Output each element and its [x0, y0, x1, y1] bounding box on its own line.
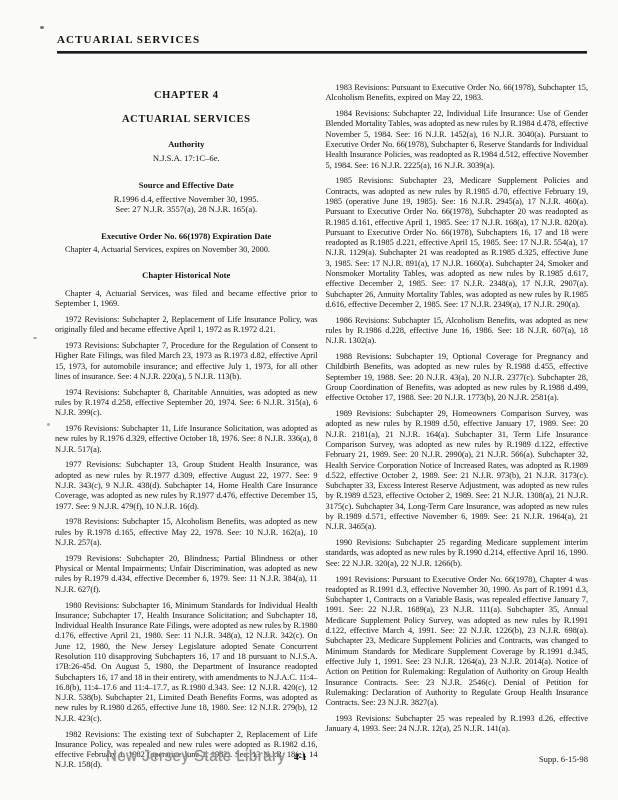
- source-line-1: R.1996 d.4, effective November 30, 1995.: [55, 194, 318, 205]
- library-stamp: New Jersey State Library: [106, 748, 286, 766]
- historical-note-paragraph: 1985 Revisions: Subchapter 23, Medicare …: [326, 176, 589, 310]
- right-column: 1983 Revisions: Pursuant to Executive Or…: [326, 80, 589, 776]
- historical-note-left-paragraphs: Chapter 4, Actuarial Services, was filed…: [55, 289, 318, 771]
- chapter-title: ACTUARIAL SERVICES: [55, 114, 318, 125]
- historical-note-paragraph: 1993 Revisions: Subchapter 25 was repeal…: [326, 714, 589, 735]
- document-page: ACTUARIAL SERVICES CHAPTER 4 ACTUARIAL S…: [0, 0, 618, 800]
- running-header-title: ACTUARIAL SERVICES: [57, 34, 200, 46]
- historical-note-paragraph: 1986 Revisions: Subchapter 15, Alcoholis…: [326, 316, 589, 347]
- source-heading: Source and Effective Date: [55, 180, 318, 190]
- two-column-body: CHAPTER 4 ACTUARIAL SERVICES Authority N…: [55, 80, 588, 776]
- page-number: 4-1: [294, 753, 307, 763]
- historical-note-paragraph: 1980 Revisions: Subchapter 16, Minimum S…: [55, 601, 318, 725]
- historical-note-paragraph: 1972 Revisions: Subchapter 2, Replacemen…: [55, 315, 318, 336]
- historical-note-paragraph: 1989 Revisions: Subchapter 29, Homeowner…: [326, 409, 589, 533]
- executive-order-heading: Executive Order No. 66(1978) Expiration …: [55, 231, 318, 241]
- page-footer: New Jersey State Library 4-1 Supp. 6-15-…: [0, 746, 618, 776]
- historical-note-paragraph: 1983 Revisions: Pursuant to Executive Or…: [326, 83, 589, 104]
- historical-note-right-paragraphs: 1983 Revisions: Pursuant to Executive Or…: [326, 83, 589, 735]
- historical-note-paragraph: 1990 Revisions: Subchapter 25 regarding …: [326, 538, 589, 569]
- source-line-2: See: 27 N.J.R. 3557(a), 28 N.J.R. 165(a)…: [55, 204, 318, 215]
- historical-note-paragraph: 1976 Revisions: Subchapter 11, Life Insu…: [55, 424, 318, 455]
- chapter-number-heading: CHAPTER 4: [55, 90, 318, 101]
- historical-note-paragraph: 1979 Revisions: Subchapter 20, Blindness…: [55, 554, 318, 595]
- supplement-date: Supp. 6-15-98: [539, 754, 588, 764]
- historical-note-paragraph: 1974 Revisions: Subchapter 8, Charitable…: [55, 388, 318, 419]
- scan-artifact: [40, 26, 44, 29]
- running-header: ACTUARIAL SERVICES: [57, 30, 587, 54]
- historical-note-paragraph: 1984 Revisions: Subchapter 22, Individua…: [326, 109, 589, 171]
- scan-artifact: [33, 337, 37, 339]
- historical-note-paragraph: Chapter 4, Actuarial Services, was filed…: [55, 289, 318, 310]
- scan-artifact: [47, 423, 50, 426]
- historical-note-paragraph: 1978 Revisions: Subchapter 15, Alcoholis…: [55, 517, 318, 548]
- authority-heading: Authority: [55, 139, 318, 149]
- left-column: CHAPTER 4 ACTUARIAL SERVICES Authority N…: [55, 80, 318, 776]
- executive-order-text-wrap: Chapter 4, Actuarial Services, expires o…: [55, 245, 318, 255]
- historical-note-paragraph: 1991 Revisions: Pursuant to Executive Or…: [326, 575, 589, 709]
- historical-note-paragraph: 1988 Revisions: Subchapter 19, Optional …: [326, 352, 589, 403]
- executive-order-text: Chapter 4, Actuarial Services, expires o…: [55, 245, 318, 255]
- historical-note-paragraph: 1973 Revisions: Subchapter 7, Procedure …: [55, 341, 318, 382]
- historical-note-heading: Chapter Historical Note: [55, 270, 318, 280]
- header-rule: [57, 51, 587, 54]
- authority-citation: N.J.S.A. 17:1C–6e.: [55, 153, 318, 164]
- historical-note-paragraph: 1977 Revisions: Subchapter 13, Group Stu…: [55, 460, 318, 511]
